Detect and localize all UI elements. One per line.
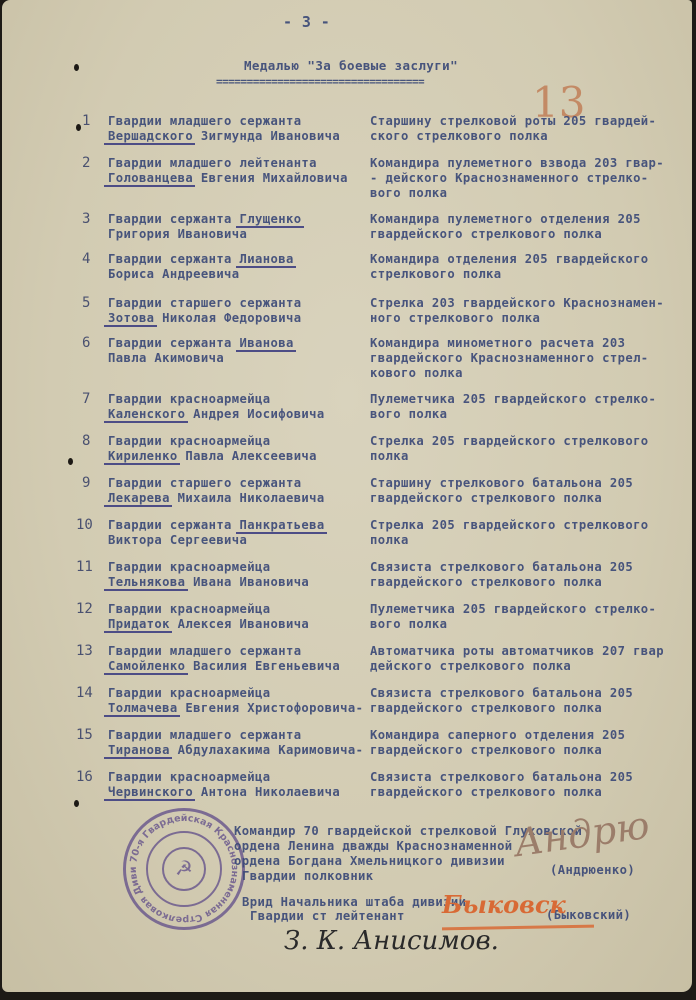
entry-rank: Гвардии красноармейца bbox=[108, 686, 271, 701]
entry-name: Лекарева Михаила Николаевича bbox=[108, 491, 325, 506]
commander-title-line3: ордена Богдана Хмельницкого дивизии bbox=[234, 854, 505, 869]
entry-rank: Гвардии сержанта Лианова bbox=[108, 252, 294, 267]
punch-mark bbox=[76, 124, 81, 131]
division-stamp: 70-я Гвардейская Краснознаменная Стрелко… bbox=[123, 808, 245, 930]
entry-rank: Гвардии сержанта Иванова bbox=[108, 336, 294, 351]
entry-position: Командира отделения 205 гвардейского стр… bbox=[370, 252, 649, 282]
punch-mark bbox=[68, 458, 73, 465]
chief-of-staff-signature: Быковск bbox=[442, 890, 566, 919]
chief-of-staff-rank: Гвардии ст лейтенант bbox=[250, 909, 405, 924]
entry-number: 15 bbox=[76, 727, 93, 743]
surname-underline bbox=[104, 143, 195, 145]
entry-position: Старшину стрелковой роты 205 гвардей- ск… bbox=[370, 114, 656, 144]
document-title: Медалью "За боевые заслуги" bbox=[244, 58, 458, 73]
entry-rank: Гвардии красноармейца bbox=[108, 602, 271, 617]
entry-number: 10 bbox=[76, 517, 93, 533]
surname-underline bbox=[236, 226, 304, 228]
entry-position: Стрелка 203 гвардейского Краснознамен- н… bbox=[370, 296, 664, 326]
entry-position: Старшину стрелкового батальона 205 гвард… bbox=[370, 476, 633, 506]
entry-position: Связиста стрелкового батальона 205 гвард… bbox=[370, 560, 633, 590]
entry-number: 8 bbox=[82, 433, 90, 449]
entry-position: Стрелка 205 гвардейского стрелкового пол… bbox=[370, 518, 649, 548]
entry-position: Пулеметчика 205 гвардейского стрелко- во… bbox=[370, 392, 656, 422]
entry-number: 9 bbox=[82, 475, 90, 491]
entry-number: 16 bbox=[76, 769, 93, 785]
entry-position: Связиста стрелкового батальона 205 гвард… bbox=[370, 686, 633, 716]
entry-name: Павла Акимовича bbox=[108, 351, 224, 366]
entry-rank: Гвардии красноармейца bbox=[108, 392, 271, 407]
punch-mark bbox=[74, 800, 79, 807]
surname-underline bbox=[104, 757, 172, 759]
entry-name: Бориса Андреевича bbox=[108, 267, 240, 282]
entry-name: Червинского Антона Николаевича bbox=[108, 785, 340, 800]
surname-underline bbox=[104, 463, 180, 465]
surname-underline bbox=[104, 799, 195, 801]
surname-underline bbox=[104, 421, 188, 423]
entry-rank: Гвардии младшего лейтенанта bbox=[108, 156, 317, 171]
surname-underline bbox=[236, 350, 296, 352]
entry-rank: Гвардии младшего сержанта bbox=[108, 644, 301, 659]
entry-number: 12 bbox=[76, 601, 93, 617]
surname-underline bbox=[104, 325, 157, 327]
commander-signature: Андрю bbox=[512, 803, 652, 865]
surname-underline bbox=[236, 266, 296, 268]
commander-rank: Гвардии полковник bbox=[242, 869, 374, 884]
entry-number: 7 bbox=[82, 391, 90, 407]
entry-position: Стрелка 205 гвардейского стрелкового пол… bbox=[370, 434, 649, 464]
entry-position: Связиста стрелкового батальона 205 гвард… bbox=[370, 770, 633, 800]
entry-rank: Гвардии старшего сержанта bbox=[108, 476, 301, 491]
entry-number: 3 bbox=[82, 211, 90, 227]
surname-underline bbox=[104, 589, 188, 591]
page-number: - 3 - bbox=[283, 15, 330, 30]
entry-position: Командира минометного расчета 203 гварде… bbox=[370, 336, 649, 381]
entry-position: Автоматчика роты автоматчиков 207 гвар д… bbox=[370, 644, 664, 674]
surname-underline bbox=[236, 532, 327, 534]
bottom-signature: З. К. Анисимов. bbox=[284, 926, 499, 956]
entry-rank: Гвардии младшего сержанта bbox=[108, 728, 301, 743]
surname-underline bbox=[104, 715, 180, 717]
entry-number: 11 bbox=[76, 559, 93, 575]
entry-name: Зотова Николая Федоровича bbox=[108, 311, 301, 326]
entry-number: 6 bbox=[82, 335, 90, 351]
surname-underline bbox=[104, 185, 195, 187]
entry-number: 5 bbox=[82, 295, 90, 311]
surname-underline bbox=[104, 673, 188, 675]
entry-number: 1 bbox=[82, 113, 90, 129]
document-page: - 3 - Медалью "За боевые заслуги" ======… bbox=[2, 0, 692, 992]
entry-name: Толмачева Евгения Христофоровича- bbox=[108, 701, 363, 716]
entry-rank: Гвардии сержанта Глущенко bbox=[108, 212, 301, 227]
entry-number: 2 bbox=[82, 155, 90, 171]
entry-number: 14 bbox=[76, 685, 93, 701]
entry-rank: Гвардии младшего сержанта bbox=[108, 114, 301, 129]
entry-position: Командира пулеметного отделения 205 гвар… bbox=[370, 212, 641, 242]
punch-mark bbox=[74, 64, 79, 71]
entry-name: Кириленко Павла Алексеевича bbox=[108, 449, 317, 464]
entry-position: Командира пулеметного взвода 203 гвар- -… bbox=[370, 156, 664, 201]
commander-title-line2: ордена Ленина дважды Краснознаменной bbox=[234, 839, 513, 854]
entry-number: 13 bbox=[76, 643, 93, 659]
title-underline: ================================== bbox=[216, 74, 424, 89]
commander-name: (Андрюенко) bbox=[550, 863, 635, 878]
entry-rank: Гвардии красноармейца bbox=[108, 434, 271, 449]
entry-name: Придаток Алексея Ивановича bbox=[108, 617, 309, 632]
entry-rank: Гвардии красноармейца bbox=[108, 770, 271, 785]
entry-position: Пулеметчика 205 гвардейского стрелко- во… bbox=[370, 602, 656, 632]
entry-name: Голованцева Евгения Михайловича bbox=[108, 171, 348, 186]
entry-name: Виктора Сергеевича bbox=[108, 533, 247, 548]
chief-of-staff-title: Врид Начальника штаба дивизии bbox=[242, 895, 466, 910]
entry-name: Григория Ивановича bbox=[108, 227, 247, 242]
entry-name: Тельнякова Ивана Ивановича bbox=[108, 575, 309, 590]
entry-position: Командира саперного отделения 205 гварде… bbox=[370, 728, 625, 758]
entry-rank: Гвардии старшего сержанта bbox=[108, 296, 301, 311]
surname-underline bbox=[104, 631, 172, 633]
entry-name: Вершадского Зигмунда Ивановича bbox=[108, 129, 340, 144]
entry-name: Каленского Андрея Иосифовича bbox=[108, 407, 325, 422]
entry-name: Самойленко Василия Евгеньевича bbox=[108, 659, 340, 674]
entry-number: 4 bbox=[82, 251, 90, 267]
entry-rank: Гвардии красноармейца bbox=[108, 560, 271, 575]
entry-name: Тиранова Абдулахакима Каримовича- bbox=[108, 743, 363, 758]
entry-rank: Гвардии сержанта Панкратьева bbox=[108, 518, 325, 533]
surname-underline bbox=[104, 505, 172, 507]
coat-of-arms-icon: ☭ bbox=[162, 847, 206, 891]
